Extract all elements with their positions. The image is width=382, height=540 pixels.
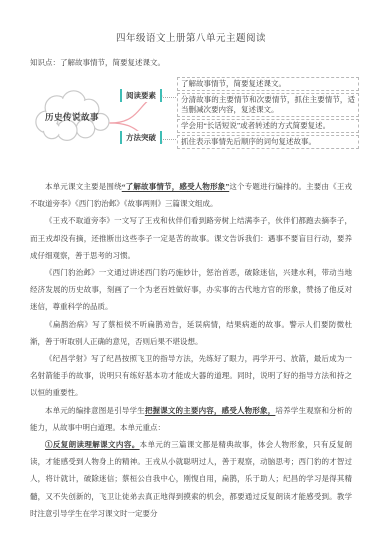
dotted-connector	[163, 97, 176, 98]
paragraph: ①反复朗读理解课文内容。本单元的三篇课文都是精典故事，体会人物形象，只有反复朗读…	[30, 436, 352, 522]
mindmap-root-label: 历史传说故事	[30, 83, 114, 149]
text-segment: 《王戎不取道旁李》一文写了王戎和伙伴们看到路旁树上结满李子，伙伴们都跑去摘李子，…	[30, 216, 352, 259]
paragraph: 本单元的编排意图是引导学生把握课文的主要内容，感受人物形象，培养学生观察和分析的…	[30, 402, 352, 436]
text-segment: 《扁鹊治病》写了蔡桓侯不听扁鹊劝告，延误病情，结果病逝的故事。警示人们要防微杜渐…	[30, 320, 352, 346]
branch-label-method-breakthrough: 方法突破	[120, 131, 162, 144]
paragraph: 《纪昌学射》写了纪昌按照飞卫的指导方法，先练好了眼力，再学开弓、放箭，最后成为一…	[30, 350, 352, 402]
mindmap-boxes: 了解故事情节，简要复述课文。分清故事的主要情节和次要情节，抓住主要情节，适当删减…	[177, 77, 359, 149]
text-segment: 《西门豹治邺》一文通过讲述西门豹巧施妙计，惩治首恶，破除迷信，兴建水利，带动当地…	[30, 268, 352, 311]
mindmap-box: 学会用“长话短说”或者转述的方式简要复述。	[177, 119, 359, 133]
branch-label-reading-elements: 阅读要素	[120, 89, 162, 102]
knowledge-point-line: 知识点：了解故事情节，简要复述课文。	[30, 57, 352, 68]
text-segment: 本单元课文主要是围绕	[45, 182, 122, 191]
text-segment: “了解故事情节，感受人物形象”	[122, 182, 229, 191]
page-title: 四年级语文上册第八单元主题阅读	[0, 30, 382, 44]
paragraph: 《西门豹治邺》一文通过讲述西门豹巧施妙计，惩治首恶，破除迷信，兴建水利，带动当地…	[30, 264, 352, 316]
paragraphs: 本单元课文主要是围绕“了解故事情节，感受人物形象”这个专题进行编排的。主要由《王…	[30, 178, 352, 522]
dotted-connector	[163, 139, 176, 140]
text-segment: 本单元的编排意图是引导学生	[45, 406, 145, 415]
mindmap-box: 了解故事情节，简要复述课文。	[177, 77, 359, 91]
text-segment: 把握课文的主要内容，感受人物形象，	[145, 406, 276, 415]
paragraph: 《王戎不取道旁李》一文写了王戎和伙伴们看到路旁树上结满李子，伙伴们都跑去摘李子，…	[30, 212, 352, 264]
text-segment: 《纪昌学射》写了纪昌按照飞卫的指导方法，先练好了眼力，再学开弓、放箭，最后成为一…	[30, 354, 352, 397]
paragraph: 《扁鹊治病》写了蔡桓侯不听扁鹊劝告，延误病情，结果病逝的故事。警示人们要防微杜渐…	[30, 316, 352, 350]
mindmap-box: 抓住表示事情先后顺序的词句复述故事。	[177, 135, 359, 149]
text-segment: ①反复朗读理解课文内容。	[45, 440, 140, 449]
mindmap-root-cloud: 历史传说故事	[30, 83, 114, 149]
mindmap-box: 分清故事的主要情节和次要情节，抓住主要情节，适当删减次要内容，复述课文。	[177, 93, 359, 117]
mindmap: 历史传说故事 阅读要素 方法突破 了解故事情节，简要复述课文。分清故事的主要情节…	[0, 77, 382, 171]
paragraph: 本单元课文主要是围绕“了解故事情节，感受人物形象”这个专题进行编排的。主要由《王…	[30, 178, 352, 212]
text-segment: 本单元的三篇课文都是精典故事，体会人物形象，只有反复朗读，才能感受到人物身上的精…	[30, 440, 352, 518]
